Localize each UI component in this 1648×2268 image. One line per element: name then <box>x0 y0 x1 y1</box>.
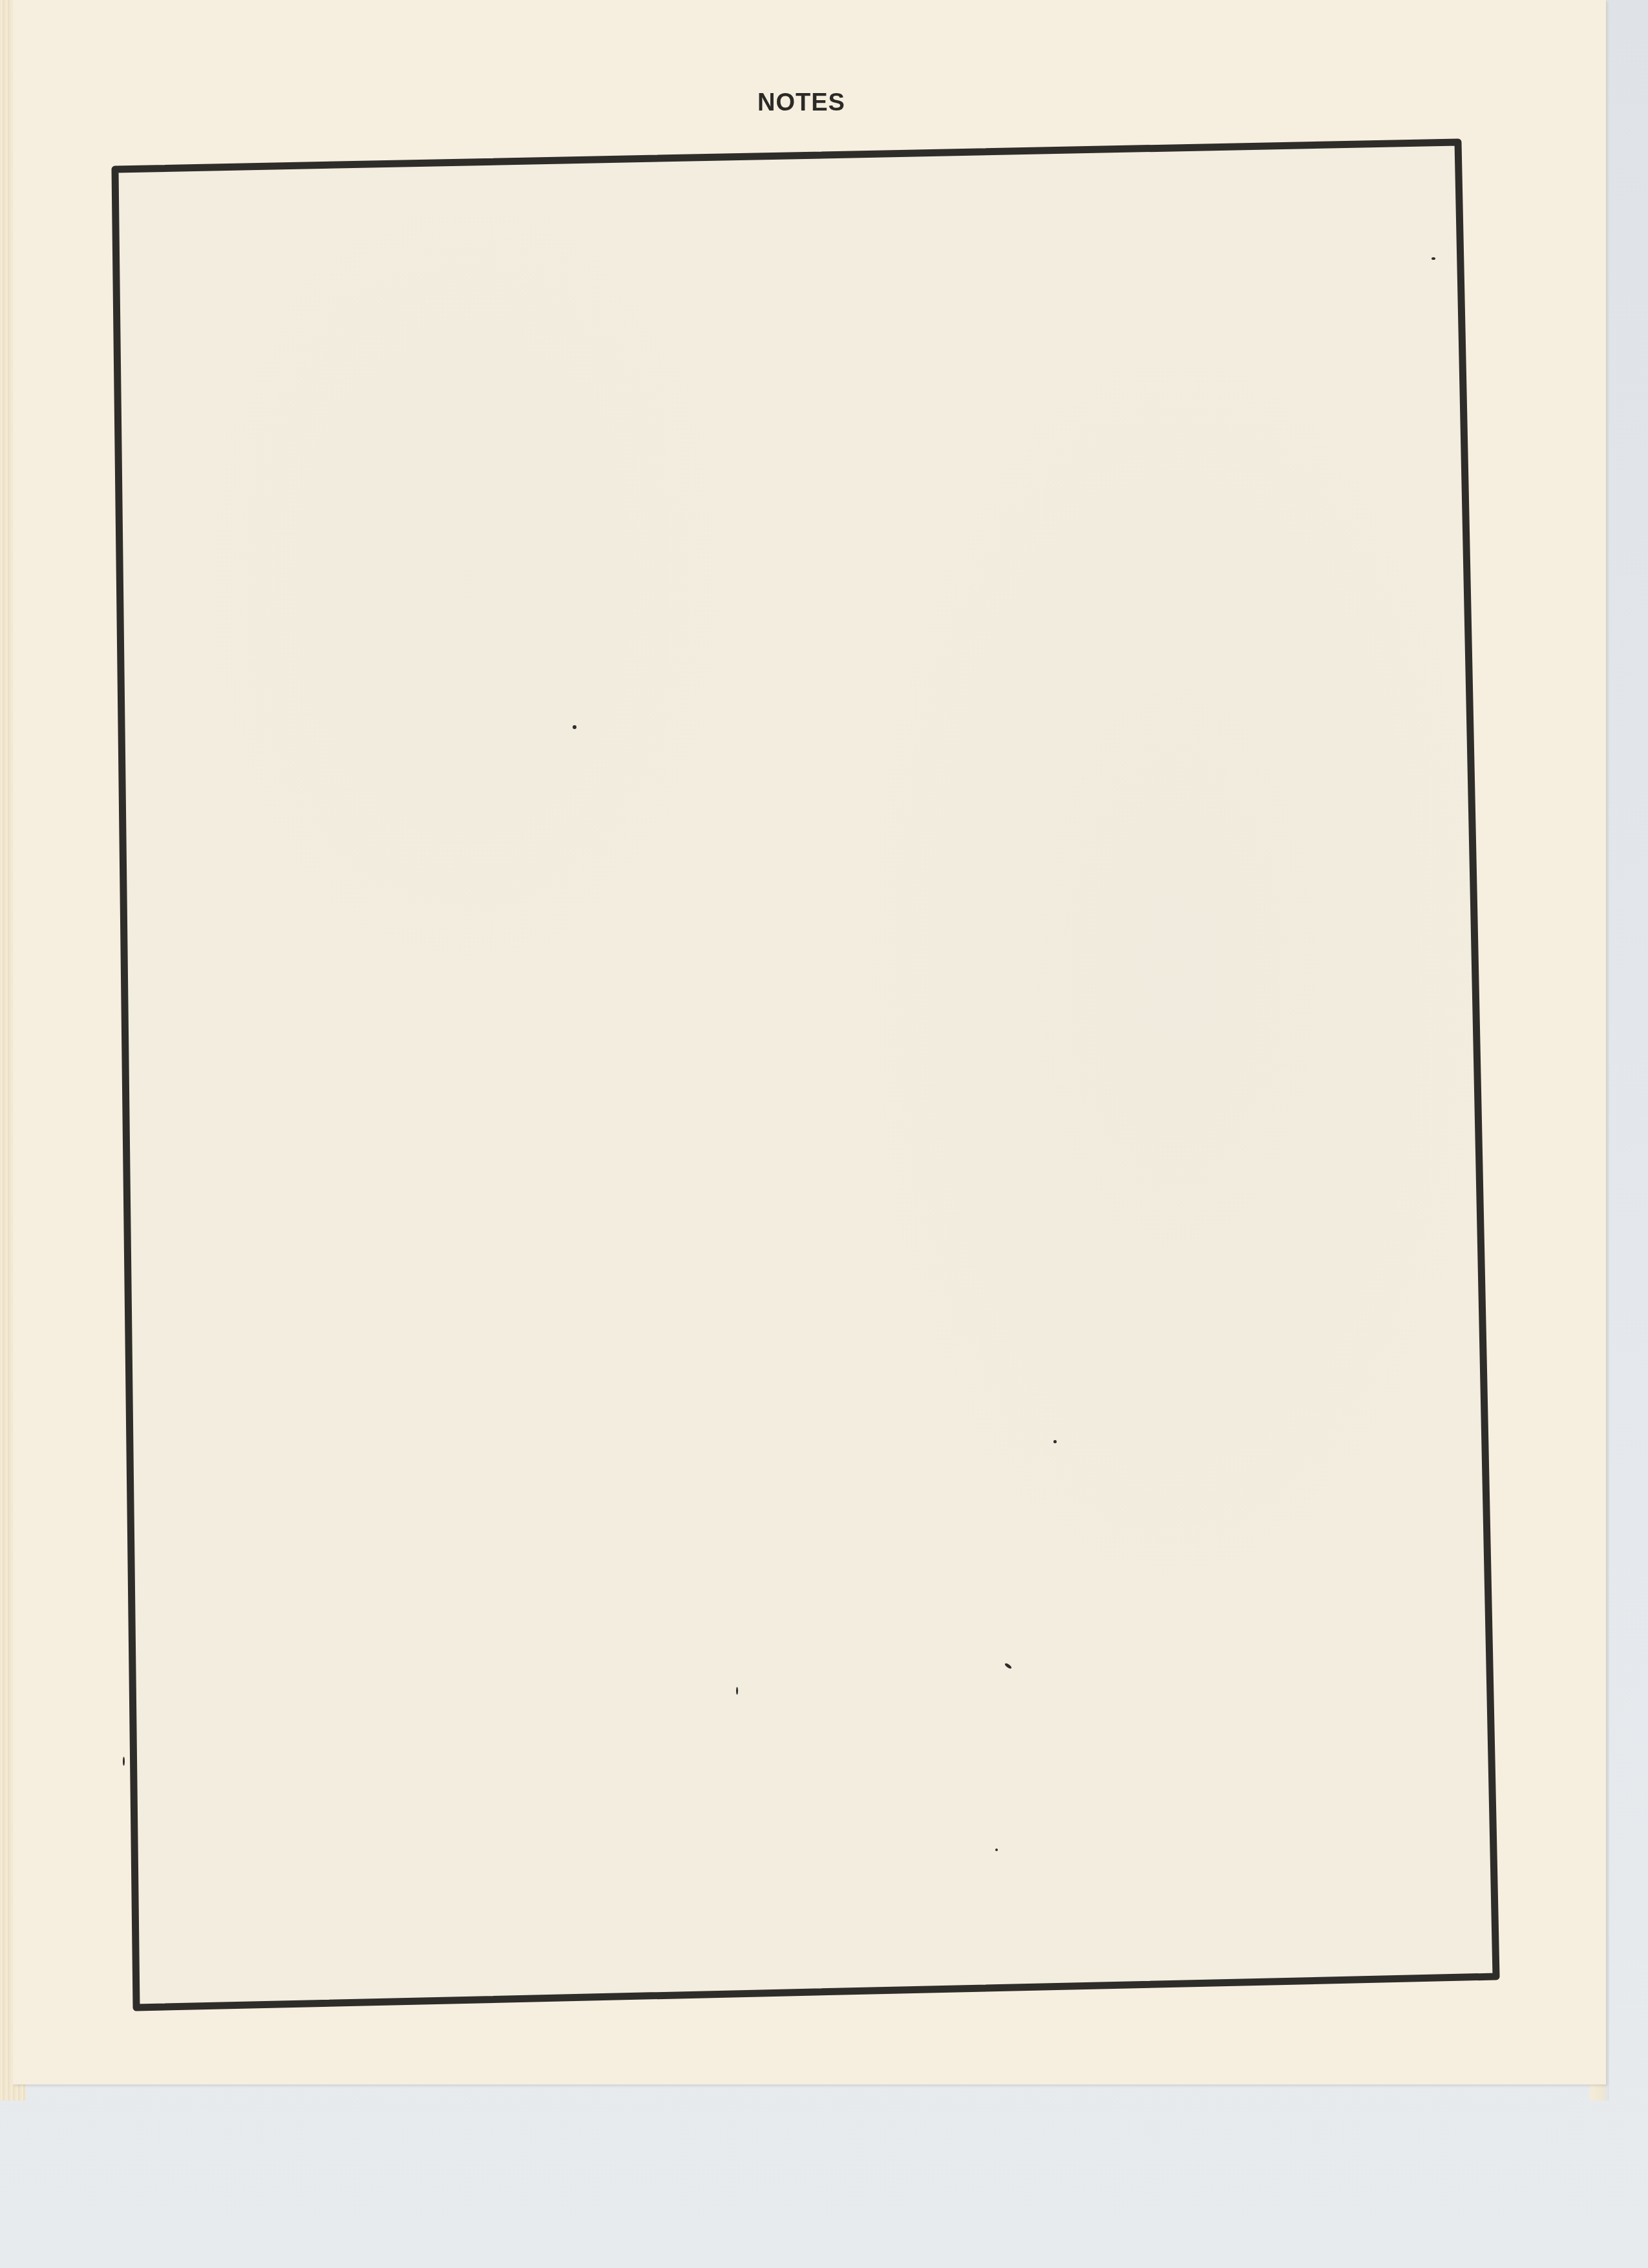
page-title: NOTES <box>13 89 1590 117</box>
ink-speck <box>1431 257 1435 260</box>
ink-speck <box>736 1687 738 1695</box>
document-page: NOTES <box>13 0 1606 2084</box>
ink-speck <box>573 725 576 729</box>
ink-speck <box>1053 1440 1057 1443</box>
ink-speck <box>123 1757 125 1766</box>
ink-speck <box>995 1849 998 1851</box>
